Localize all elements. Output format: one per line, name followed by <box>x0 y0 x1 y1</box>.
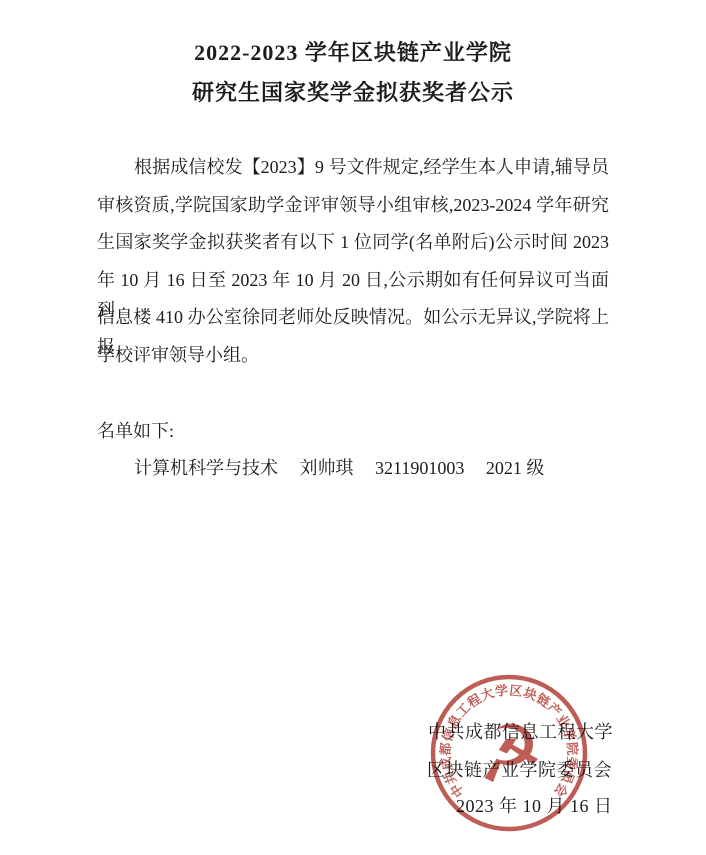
body-line-5: 信息楼 410 办公室徐同老师处反映情况。如公示无异议,学院将上报 <box>97 302 609 340</box>
body-line-3: 生国家奖学金拟获奖者有以下 1 位同学(名单附后)公示时间 2023 <box>97 227 609 265</box>
signature-org-line1: 中共成都信息工程大学 <box>428 718 613 744</box>
body-line-4: 年 10 月 16 日至 2023 年 10 月 20 日,公示期如有任何异议可… <box>97 265 609 303</box>
body-paragraph: 根据成信校发【2023】9 号文件规定,经学生本人申请,辅导员 审核资质,学院国… <box>97 152 609 377</box>
body-line-1: 根据成信校发【2023】9 号文件规定,经学生本人申请,辅导员 <box>97 152 609 190</box>
signature-date: 2023 年 10 月 16 日 <box>456 792 613 818</box>
awardee-name: 刘帅琪 <box>300 458 354 478</box>
document-title-line2: 研究生国家奖学金拟获奖者公示 <box>0 76 706 107</box>
awardee-major: 计算机科学与技术 <box>134 458 278 478</box>
awardee-grade: 2021 级 <box>486 458 545 478</box>
awardee-student-id: 3211901003 <box>375 458 464 478</box>
body-line-6: 学校评审领导小组。 <box>97 340 609 378</box>
document-page: 2022-2023 学年区块链产业学院 研究生国家奖学金拟获奖者公示 根据成信校… <box>0 0 706 855</box>
list-label: 名单如下: <box>97 417 174 443</box>
signature-org-line2: 区块链产业学院委员会 <box>427 756 612 782</box>
awardee-entry: 计算机科学与技术 刘帅琪 3211901003 2021 级 <box>134 454 544 480</box>
document-title-line1: 2022-2023 学年区块链产业学院 <box>0 36 706 67</box>
seal-text-path <box>450 695 568 799</box>
body-line-2: 审核资质,学院国家助学金评审领导小组审核,2023-2024 学年研究 <box>97 190 609 228</box>
